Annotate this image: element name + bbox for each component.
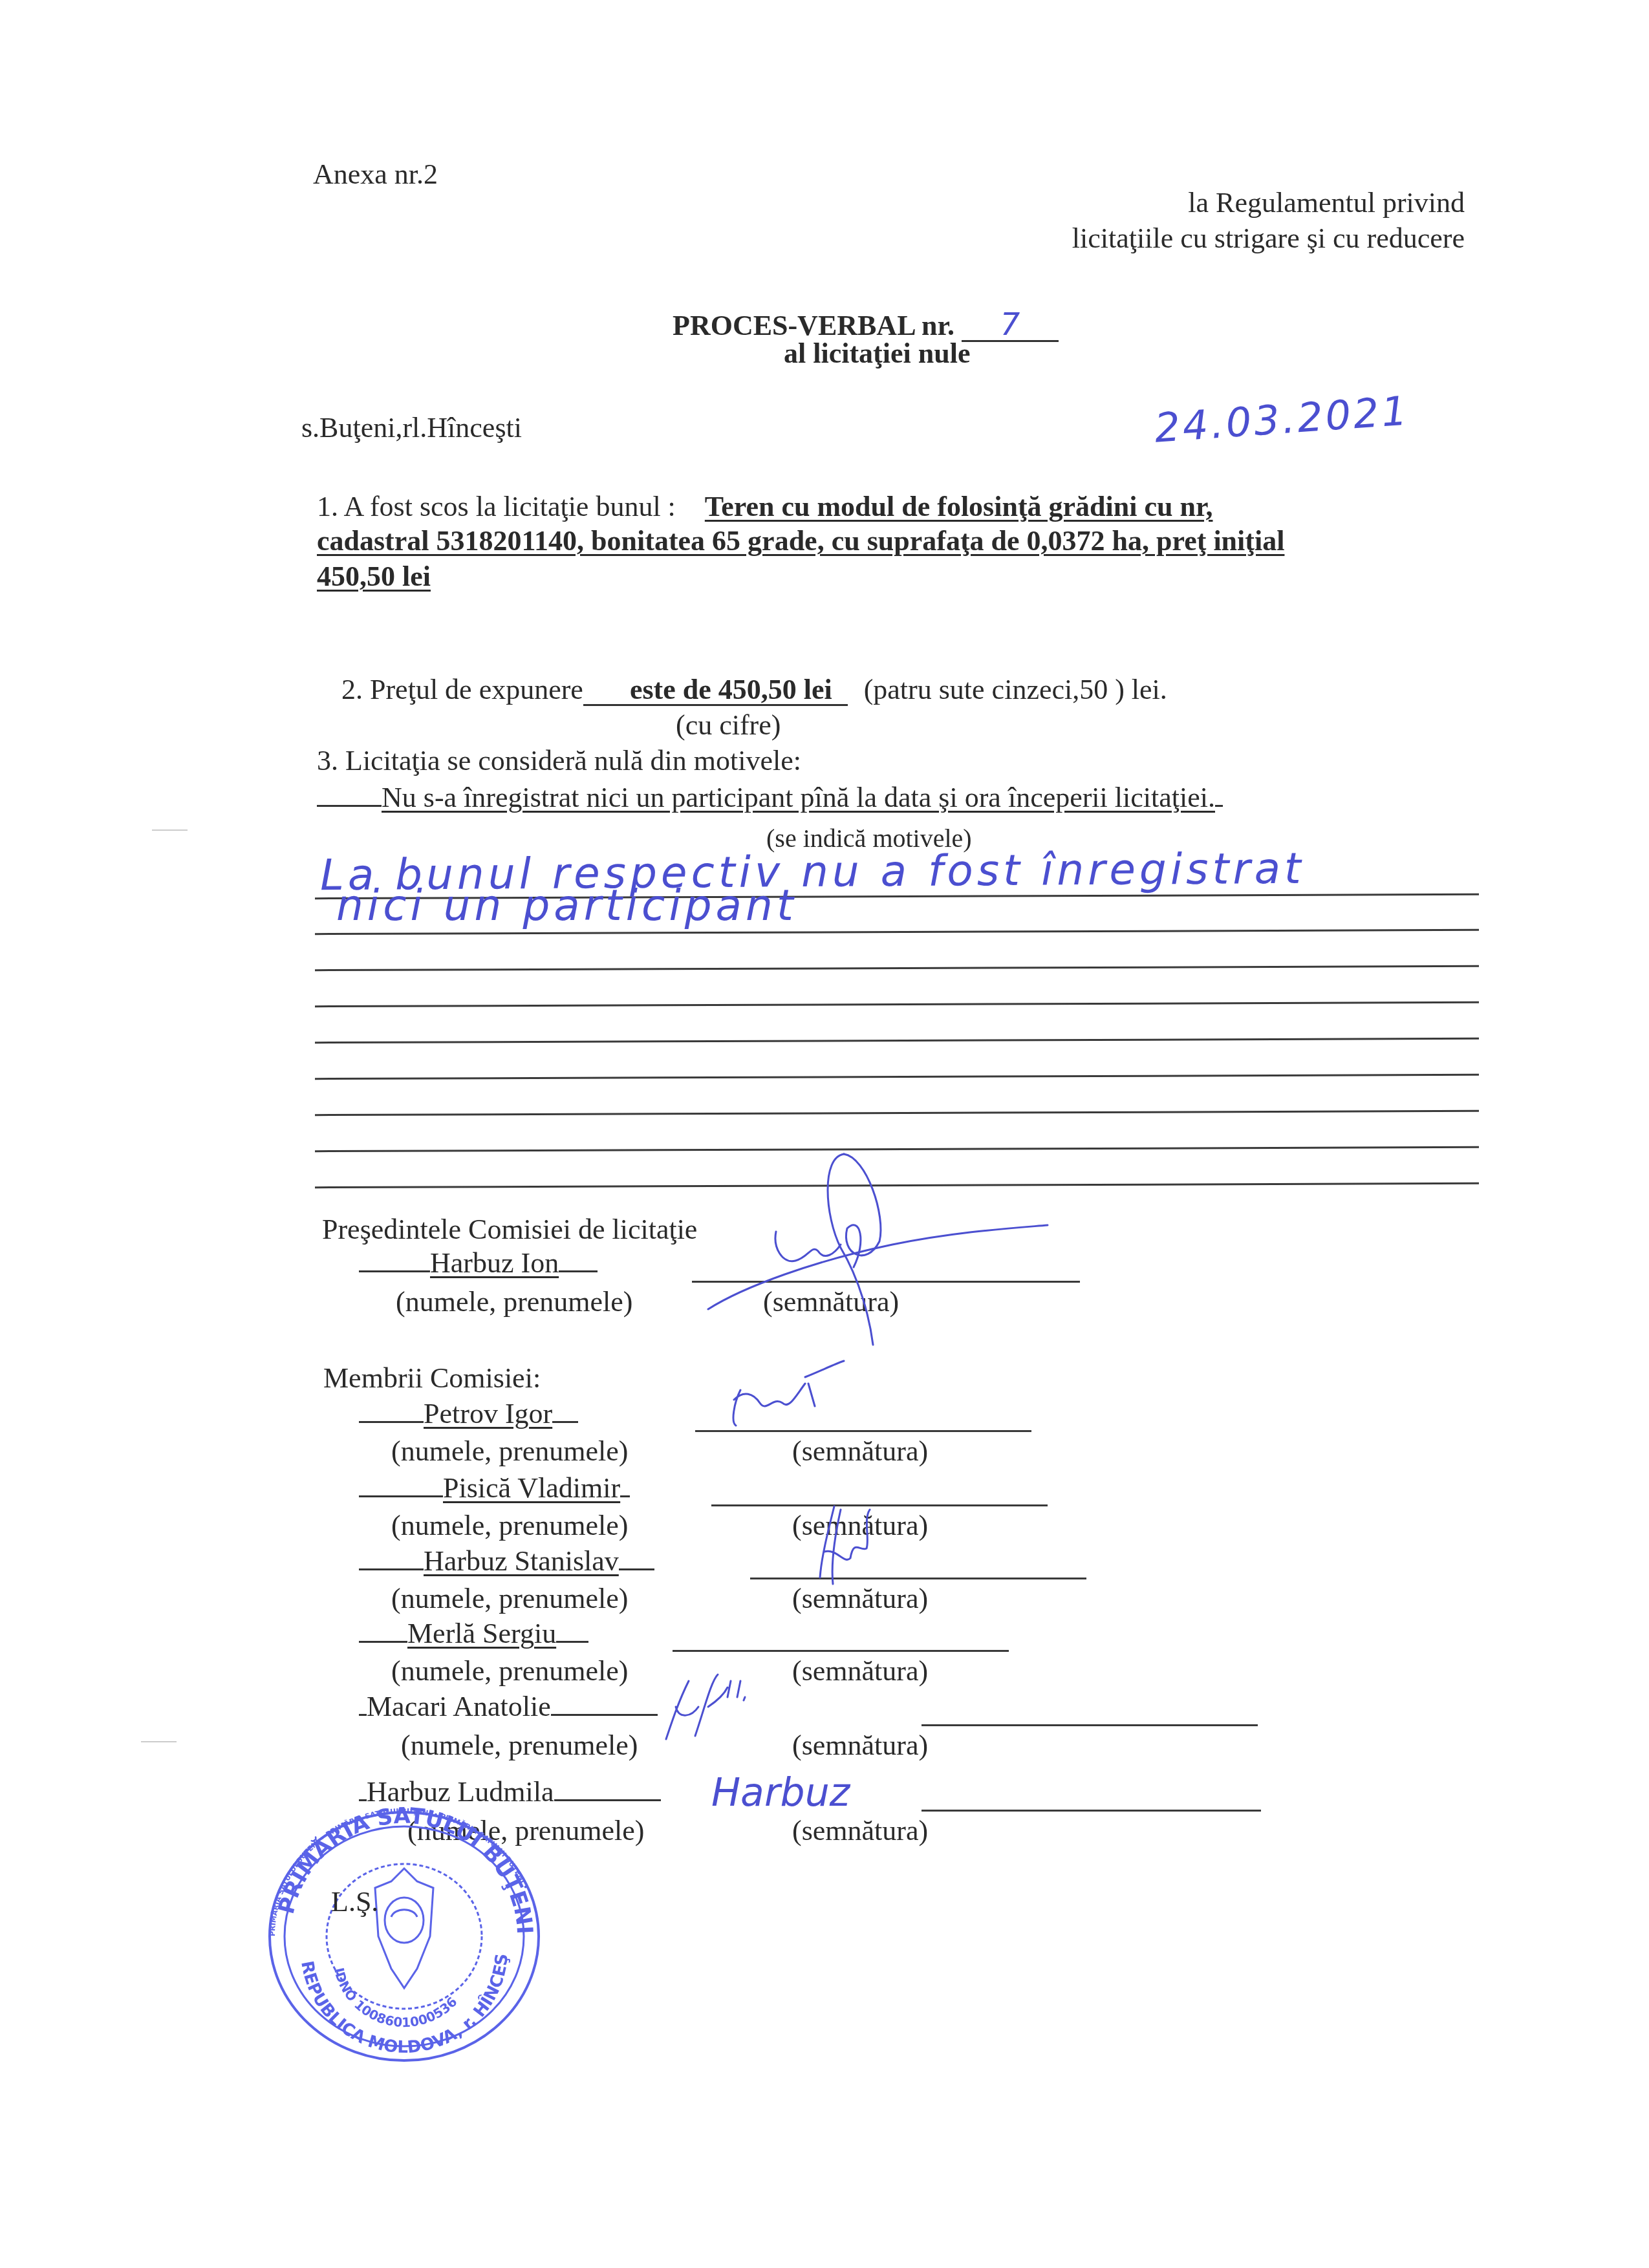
scan-artifact [141, 1741, 177, 1742]
scan-artifact [152, 829, 188, 831]
member-name-6: Harbuz Ludmila [367, 1776, 554, 1808]
member-signature-5 [0, 0, 1649, 2268]
official-seal: PRIMĂRIA SATULUI BUŢENI • PRIMĂRIA SATUL… [262, 1807, 546, 2066]
seal-label: L.Ş. [331, 1888, 378, 1916]
member-signature-hint-6: (semnătura) [792, 1817, 928, 1845]
member-signature-6: Harbuz [711, 1770, 850, 1815]
member-row-6: Harbuz Ludmila [359, 1778, 661, 1806]
member-signature-line-6 [921, 1810, 1261, 1812]
